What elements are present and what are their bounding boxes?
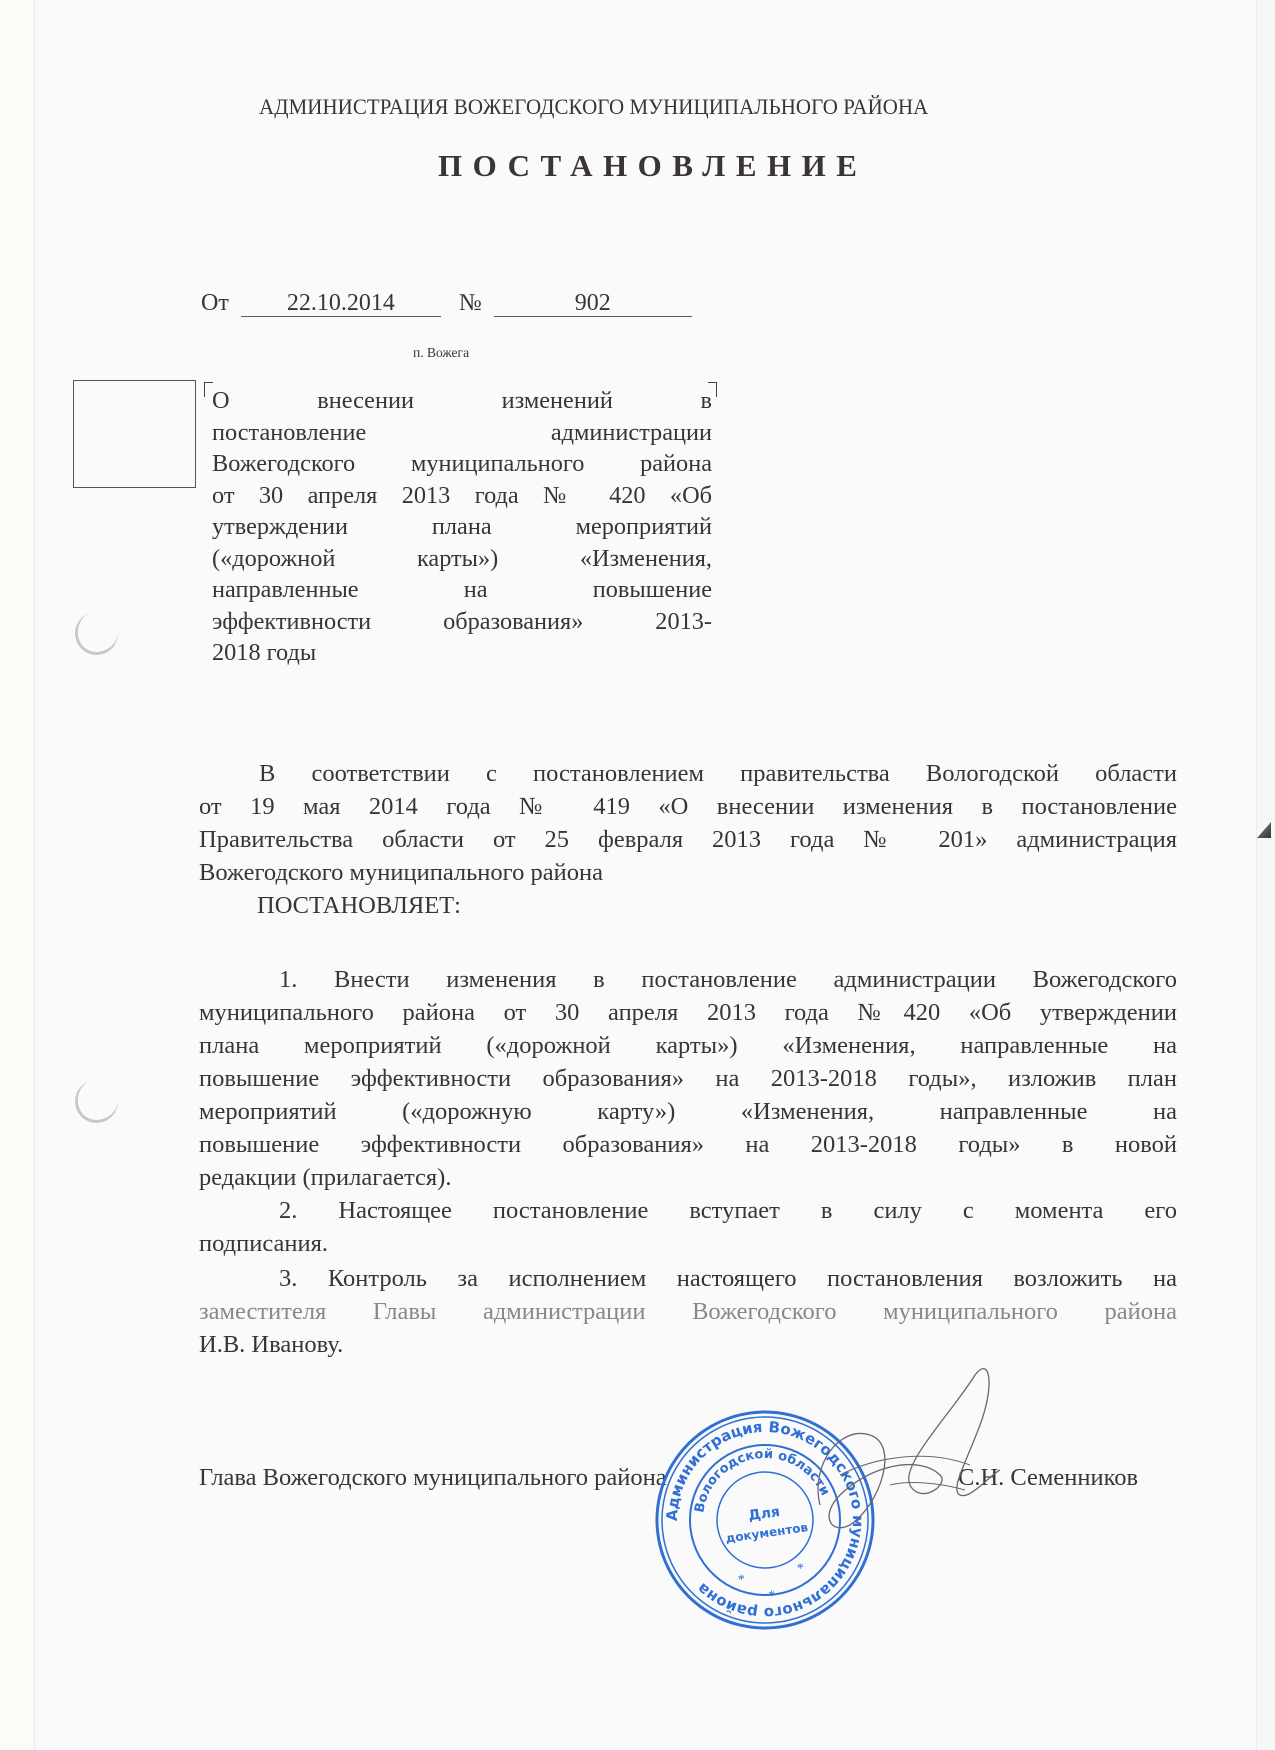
svg-text:*: * (796, 1561, 805, 1577)
number-value: 902 (494, 290, 692, 317)
preamble-line: В соответствии с постановлением правител… (199, 757, 1177, 790)
number-label: № (459, 290, 482, 316)
item-line: 3. Контроль за исполнением настоящего по… (199, 1262, 1177, 1295)
item-line: подписания. (199, 1227, 1177, 1260)
registration-box (73, 380, 196, 488)
scan-right-edge (1256, 0, 1275, 1750)
subject-line: постановление администрации (212, 417, 712, 449)
preamble-line: от 19 мая 2014 года № 419 «О внесении из… (199, 790, 1177, 823)
item-3: 3. Контроль за исполнением настоящего по… (199, 1262, 1177, 1361)
item-line: мероприятий («дорожную карту») «Изменени… (199, 1095, 1177, 1128)
punch-hole-icon (72, 609, 122, 659)
item-line: плана мероприятий («дорожной карты») «Из… (199, 1029, 1177, 1062)
subject-line: Вожегодского муниципального района (212, 448, 712, 480)
item-line: 2. Настоящее постановление вступает в си… (199, 1194, 1177, 1227)
subject-line: утверждении плана мероприятий (212, 511, 712, 543)
punch-hole-icon (72, 1077, 122, 1127)
subject-line: О внесении изменений в (212, 385, 712, 417)
item-line: повышение эффективности образования» на … (199, 1128, 1177, 1161)
scan-left-edge (0, 0, 35, 1750)
item-2: 2. Настоящее постановление вступает в си… (199, 1194, 1177, 1260)
svg-text:*: * (737, 1572, 746, 1588)
item-line: муниципального района от 30 апреля 2013 … (199, 996, 1177, 1029)
organization-heading: АДМИНИСТРАЦИЯ ВОЖЕГОДСКОГО МУНИЦИПАЛЬНОГ… (259, 94, 928, 120)
item-line: редакции (прилагается). (199, 1161, 1177, 1194)
item-line: повышение эффективности образования» на … (199, 1062, 1177, 1095)
date-number-row: От 22.10.2014 № 902 (201, 290, 692, 317)
item-line: заместителя Главы администрации Вожегодс… (199, 1295, 1177, 1328)
svg-text:Для: Для (747, 1504, 781, 1524)
svg-text:*: * (768, 1588, 777, 1604)
date-value: 22.10.2014 (241, 290, 441, 317)
document-type-title: ПОСТАНОВЛЕНИЕ (438, 148, 867, 184)
subject-line: 2018 годы (212, 637, 712, 669)
preamble-line: Правительства области от 25 февраля 2013… (199, 823, 1177, 856)
svg-text:документов: документов (725, 1520, 809, 1545)
preamble-line: Вожегодского муниципального района (199, 856, 1177, 889)
document-subject: О внесении изменений в постановление адм… (212, 385, 712, 669)
handwritten-signature-icon (800, 1355, 1040, 1545)
preamble-paragraph: В соответствии с постановлением правител… (199, 757, 1177, 922)
subject-line: («дорожной карты») «Изменения, (212, 543, 712, 575)
subject-line: направленные на повышение (212, 574, 712, 606)
date-label: От (201, 290, 229, 316)
subject-line: от 30 апреля 2013 года № 420 «Об (212, 480, 712, 512)
place-label: п. Вожега (413, 345, 469, 361)
resolves-heading: ПОСТАНОВЛЯЕТ: (199, 889, 1177, 922)
item-1: 1. Внести изменения в постановление адми… (199, 963, 1177, 1194)
subject-line: эффективности образования» 2013- (212, 606, 712, 638)
scan-mark (1257, 822, 1271, 838)
item-line: 1. Внести изменения в постановление адми… (199, 963, 1177, 996)
signatory-position: Глава Вожегодского муниципального района (199, 1464, 667, 1492)
